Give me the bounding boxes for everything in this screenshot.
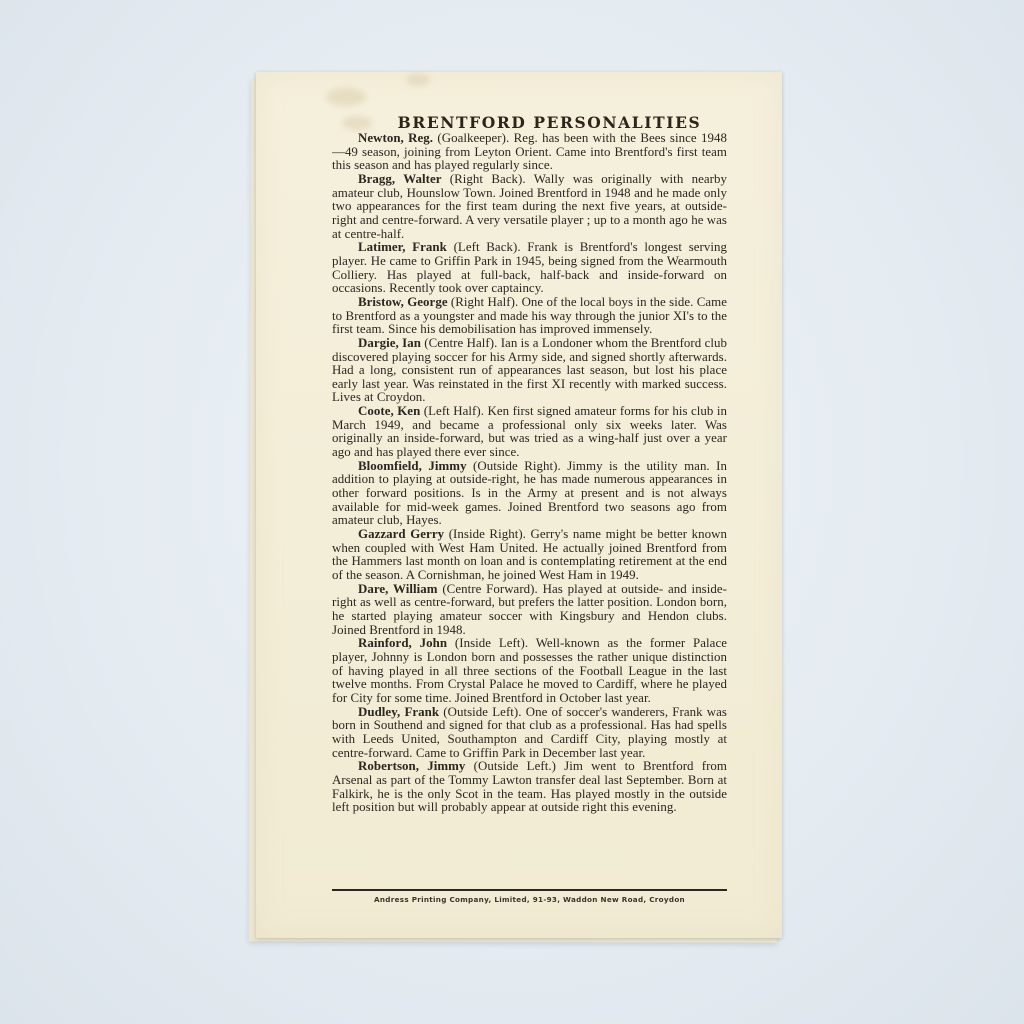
personality-entry: Bragg, Walter (Right Back). Wally was or… (332, 173, 727, 241)
personality-entry: Gazzard Gerry (Inside Right). Gerry's na… (332, 528, 727, 583)
paper-stain (406, 74, 430, 86)
printer-credit: Andress Printing Company, Limited, 91-93… (332, 895, 727, 904)
player-name: Dare, William (358, 582, 438, 596)
personality-entry: Dudley, Frank (Outside Left). One of soc… (332, 706, 727, 761)
personality-entry: Bloomfield, Jimmy (Outside Right). Jimmy… (332, 460, 727, 528)
programme-page: BRENTFORD PERSONALITIES Newton, Reg. (Go… (256, 72, 782, 938)
personality-entry: Bristow, George (Right Half). One of the… (332, 296, 727, 337)
personality-entry: Newton, Reg. (Goalkeeper). Reg. has been… (332, 132, 727, 173)
player-name: Bloomfield, Jimmy (358, 459, 467, 473)
player-name: Coote, Ken (358, 404, 420, 418)
personality-entry: Dare, William (Centre Forward). Has play… (332, 583, 727, 638)
personality-entry: Rainford, John (Inside Left). Well-known… (332, 637, 727, 705)
personalities-list: Newton, Reg. (Goalkeeper). Reg. has been… (332, 132, 727, 815)
player-name: Latimer, Frank (358, 240, 447, 254)
player-name: Bragg, Walter (358, 172, 442, 186)
player-name: Dargie, Ian (358, 336, 421, 350)
player-name: Bristow, George (358, 295, 448, 309)
personality-entry: Coote, Ken (Left Half). Ken first signed… (332, 405, 727, 460)
paper-stain (326, 88, 366, 106)
document-body: BRENTFORD PERSONALITIES Newton, Reg. (Go… (332, 114, 727, 815)
footer-rule (332, 889, 727, 891)
page-title: BRENTFORD PERSONALITIES (372, 114, 727, 132)
player-name: Gazzard Gerry (358, 527, 444, 541)
player-name: Rainford, John (358, 636, 447, 650)
personality-entry: Latimer, Frank (Left Back). Frank is Bre… (332, 241, 727, 296)
player-name: Robertson, Jimmy (358, 759, 465, 773)
player-name: Newton, Reg. (358, 131, 433, 145)
personality-entry: Robertson, Jimmy (Outside Left.) Jim wen… (332, 760, 727, 815)
personality-entry: Dargie, Ian (Centre Half). Ian is a Lond… (332, 337, 727, 405)
player-name: Dudley, Frank (358, 705, 439, 719)
